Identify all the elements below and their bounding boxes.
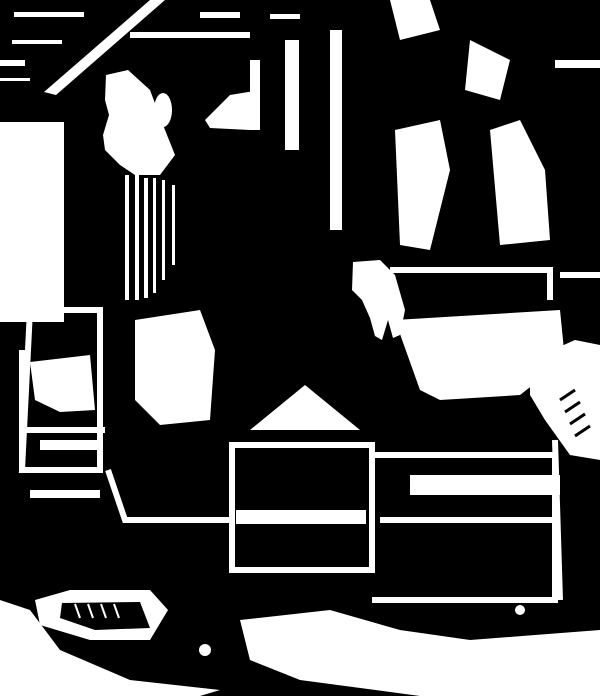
- bright-window-left: [0, 122, 64, 322]
- photo-canvas: [0, 0, 600, 696]
- photograph: A boy in profile, seated on the left, st…: [0, 0, 600, 696]
